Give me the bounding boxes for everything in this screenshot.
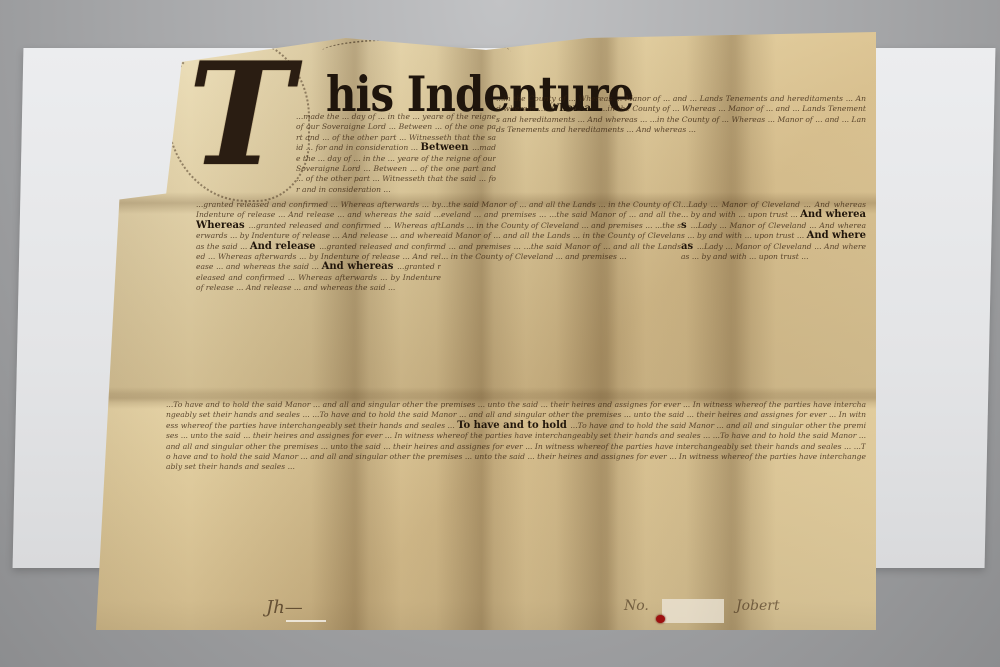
bold-phrase: Between xyxy=(421,142,473,153)
bold-phrase: And whereas xyxy=(322,261,398,272)
red-wax-seal xyxy=(656,615,665,623)
body-text-middle-right: ...Lady ... Manor of Cleveland ... And w… xyxy=(681,200,866,395)
body-text-top-right: ...in the County of ... Whereas ... Mano… xyxy=(496,94,866,204)
illuminated-initial: T xyxy=(176,44,296,194)
signature-right: Jobert xyxy=(736,598,780,614)
signature-left: Jh— xyxy=(266,597,303,618)
parchment-document: T his Indenture ...made the ... day of .… xyxy=(96,32,876,630)
bold-phrase: Whereas xyxy=(196,220,249,231)
signature-underline xyxy=(286,620,326,622)
body-text: ...granted released and confirmed ... Wh… xyxy=(196,200,441,219)
bold-phrase: And release xyxy=(250,241,319,252)
signature-right-prefix: No. xyxy=(624,598,649,614)
bold-phrase: Whereas xyxy=(548,103,600,114)
body-text: ...Lady ... Manor of Cleveland ... And w… xyxy=(681,242,866,261)
body-text-bottom: ...To have and to hold the said Manor ..… xyxy=(166,400,866,592)
body-text-middle-left: ...granted released and confirmed ... Wh… xyxy=(196,200,441,395)
body-text-middle-center: ...the said Manor of ... and all the Lan… xyxy=(441,200,681,395)
paper-label-patch xyxy=(662,599,724,623)
initial-letter: T xyxy=(188,44,294,186)
body-text-top-center: ...made the ... day of ... in the ... ye… xyxy=(296,112,496,202)
bold-phrase: To have and to hold xyxy=(457,420,570,431)
